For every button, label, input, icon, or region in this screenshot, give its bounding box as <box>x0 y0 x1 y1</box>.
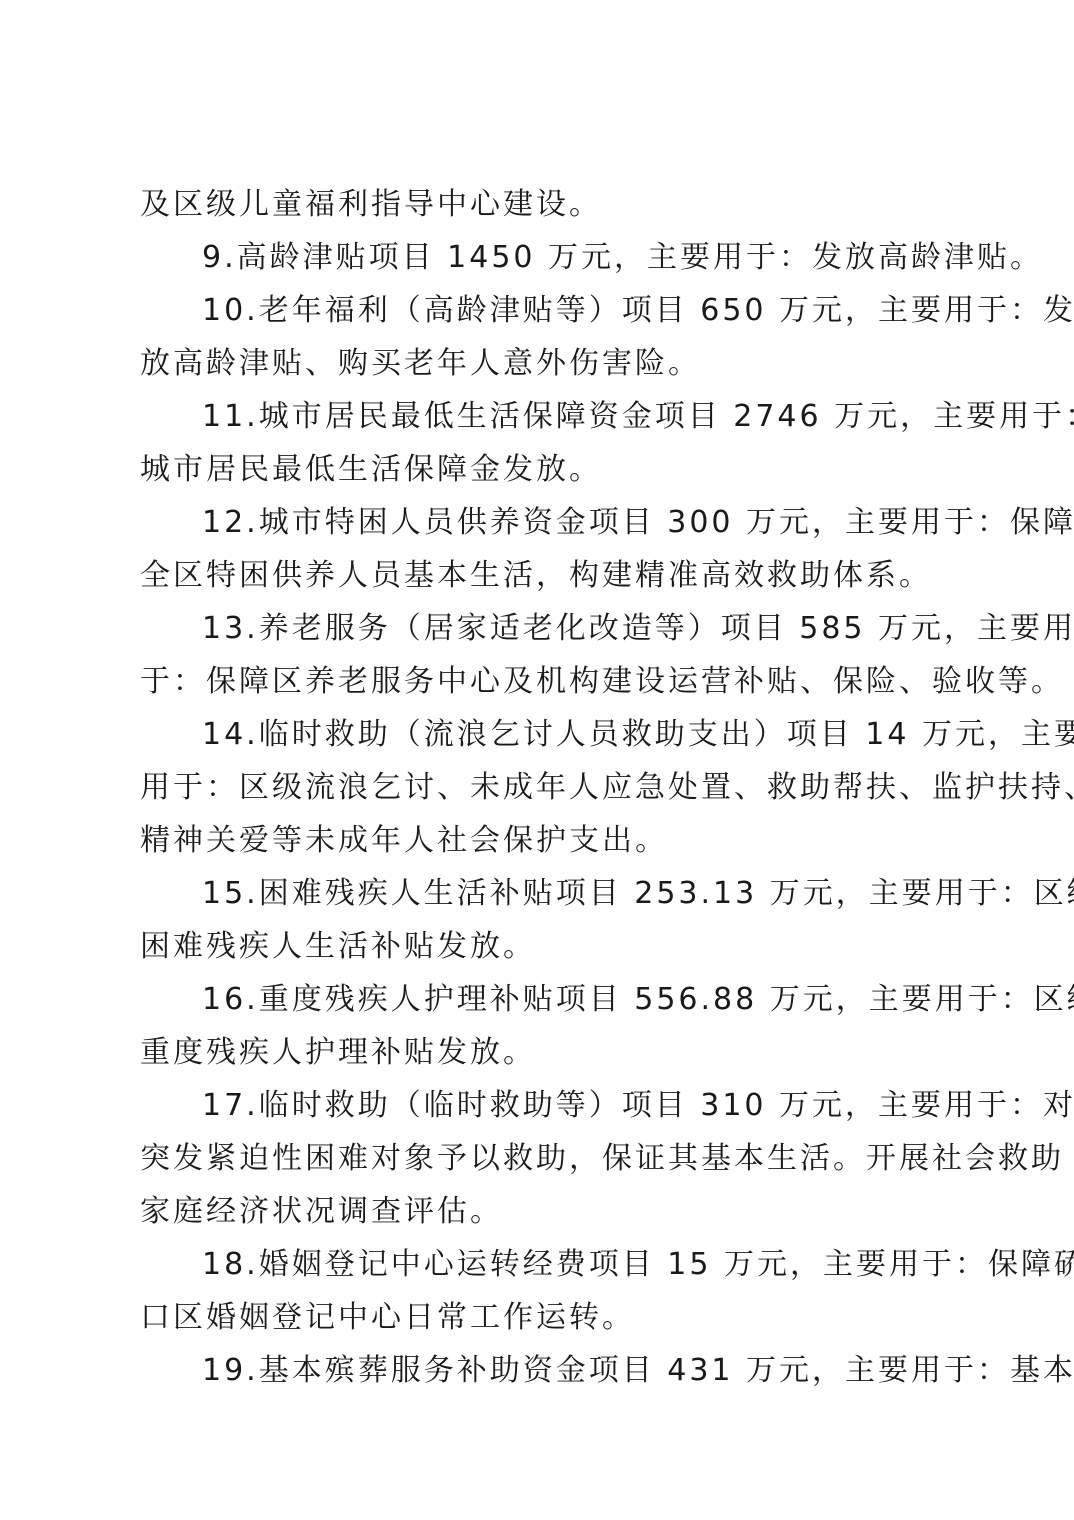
item-17-line-3: 家庭经济状况调查评估。 <box>140 1185 936 1238</box>
item-10-line-1: 10.老年福利（高龄津贴等）项目 650 万元，主要用于：发 <box>140 284 936 337</box>
item-13-line-1: 13.养老服务（居家适老化改造等）项目 585 万元，主要用 <box>140 602 936 655</box>
item-14-line-3: 精神关爱等未成年人社会保护支出。 <box>140 814 936 867</box>
item-18-line-2: 口区婚姻登记中心日常工作运转。 <box>140 1291 936 1344</box>
item-12-line-1: 12.城市特困人员供养资金项目 300 万元，主要用于：保障 <box>140 496 936 549</box>
item-13-line-2: 于：保障区养老服务中心及机构建设运营补贴、保险、验收等。 <box>140 655 936 708</box>
item-15-line-1: 15.困难残疾人生活补贴项目 253.13 万元，主要用于：区级 <box>140 867 936 920</box>
item-12-line-2: 全区特困供养人员基本生活，构建精准高效救助体系。 <box>140 549 936 602</box>
item-16-line-2: 重度残疾人护理补贴发放。 <box>140 1026 936 1079</box>
item-11-line-2: 城市居民最低生活保障金发放。 <box>140 443 936 496</box>
item-19-line-1: 19.基本殡葬服务补助资金项目 431 万元，主要用于：基本 <box>140 1344 936 1397</box>
item-17-line-1: 17.临时救助（临时救助等）项目 310 万元，主要用于：对 <box>140 1079 936 1132</box>
item-14-line-1: 14.临时救助（流浪乞讨人员救助支出）项目 14 万元，主要 <box>140 708 936 761</box>
item-18-line-1: 18.婚姻登记中心运转经费项目 15 万元，主要用于：保障硚 <box>140 1238 936 1291</box>
item-16-line-1: 16.重度残疾人护理补贴项目 556.88 万元，主要用于：区级 <box>140 973 936 1026</box>
item-14-line-2: 用于：区级流浪乞讨、未成年人应急处置、救助帮扶、监护扶持、 <box>140 761 936 814</box>
item-15-line-2: 困难残疾人生活补贴发放。 <box>140 920 936 973</box>
item-17-line-2: 突发紧迫性困难对象予以救助，保证其基本生活。开展社会救助 <box>140 1132 936 1185</box>
item-11-line-1: 11.城市居民最低生活保障资金项目 2746 万元，主要用于： <box>140 390 936 443</box>
text-line-0: 及区级儿童福利指导中心建设。 <box>140 178 936 231</box>
document-page: 及区级儿童福利指导中心建设。 9.高龄津贴项目 1450 万元，主要用于：发放高… <box>140 178 936 1397</box>
item-10-line-2: 放高龄津贴、购买老年人意外伤害险。 <box>140 337 936 390</box>
item-9-line-1: 9.高龄津贴项目 1450 万元，主要用于：发放高龄津贴。 <box>140 231 936 284</box>
